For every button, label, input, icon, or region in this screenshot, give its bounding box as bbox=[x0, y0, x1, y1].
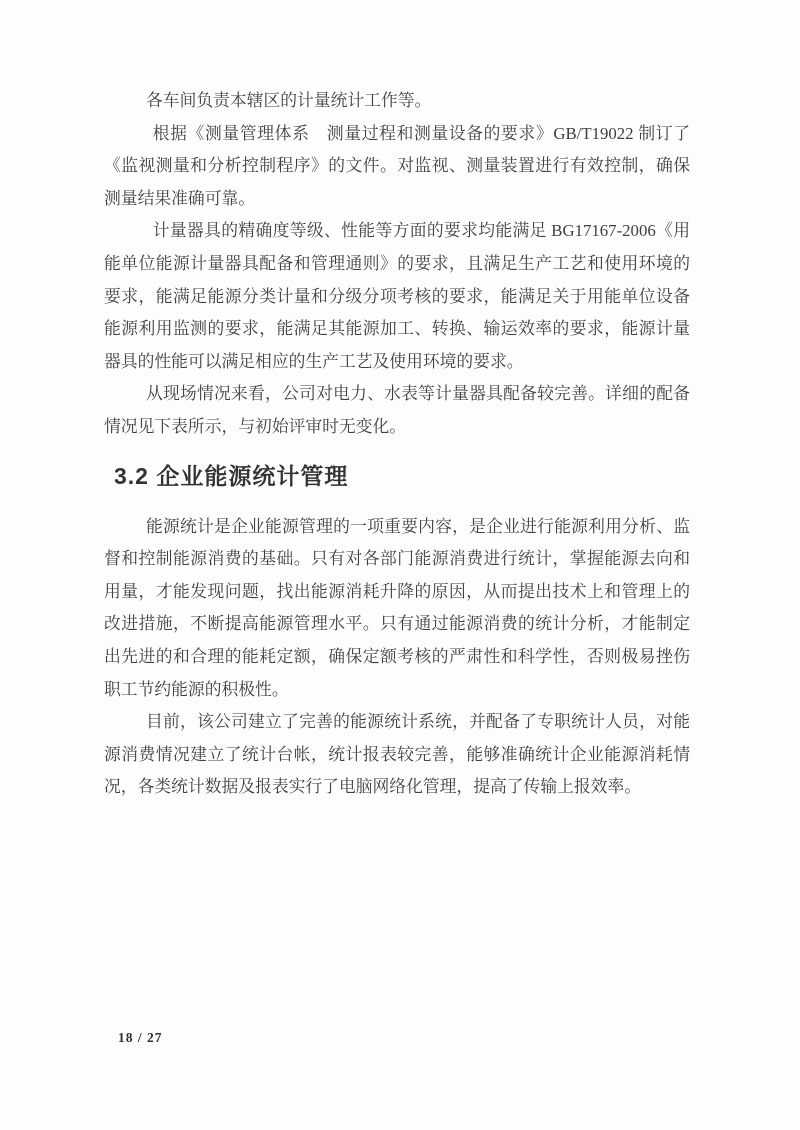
document-page: 各车间负责本辖区的计量统计工作等。 根据《测量管理体系 测量过程和测量设备的要求… bbox=[0, 0, 800, 1130]
section-heading-3-2: 3.2 企业能源统计管理 bbox=[114, 458, 690, 494]
paragraph-meter-accuracy: 计量器具的精确度等级、性能等方面的要求均能满足 BG17167-2006《用能单… bbox=[104, 215, 690, 378]
paragraph-energy-statistics-importance: 能源统计是企业能源管理的一项重要内容，是企业进行能源利用分析、监督和控制能源消费… bbox=[104, 511, 690, 707]
document-content: 各车间负责本辖区的计量统计工作等。 根据《测量管理体系 测量过程和测量设备的要求… bbox=[104, 85, 690, 804]
paragraph-measurement-system: 根据《测量管理体系 测量过程和测量设备的要求》GB/T19022 制订了《监视测… bbox=[104, 118, 690, 216]
paragraph-site-situation: 从现场情况来看，公司对电力、水表等计量器具配备较完善。详细的配备情况见下表所示，… bbox=[104, 378, 690, 443]
paragraph-statistics-system-status: 目前，该公司建立了完善的能源统计系统，并配备了专职统计人员，对能源消费情况建立了… bbox=[104, 706, 690, 804]
paragraph-workshop-metering: 各车间负责本辖区的计量统计工作等。 bbox=[104, 85, 690, 118]
page-number: 18 / 27 bbox=[118, 1029, 163, 1046]
